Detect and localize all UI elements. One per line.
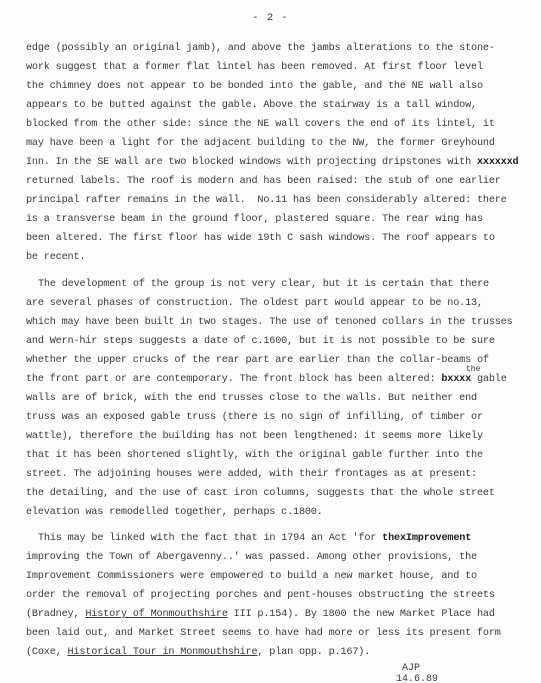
text-line: walls are of brick, with the end trusses… [26, 393, 477, 404]
signature-date: 14.6.89 [396, 674, 438, 683]
text-line: returned labels. The roof is modern and … [26, 176, 501, 187]
text-line: This may be linked with the fact that in… [38, 533, 471, 544]
text-line: appears to be butted against the gable. … [26, 100, 477, 111]
text-line: be recent. [26, 252, 85, 263]
text-line: are several phases of construction. The … [26, 298, 483, 309]
text-line: work suggest that a former flat lintel h… [26, 62, 483, 73]
text-line: been altered. The first floor has wide 1… [26, 233, 495, 244]
text-line: the detailing, and the use of cast iron … [26, 488, 495, 499]
struck-text: xxxxxxd [477, 157, 519, 168]
text-line: wattle), therefore the building has not … [26, 431, 483, 442]
text-line: is a transverse beam in the ground floor… [26, 214, 483, 225]
document-page: - 2 - edge (possibly an original jamb), … [0, 0, 541, 683]
text-line: the front part or are contemporary. The … [26, 374, 507, 385]
text-line: which may have been built in two stages.… [26, 317, 513, 328]
struck-text: bxxxx [441, 374, 471, 385]
text-line: truss was an exposed gable truss (there … [26, 412, 483, 423]
text-line: elevation was remodelled together, perha… [26, 507, 323, 518]
text-line: improving the Town of Abergavenny..' was… [26, 552, 477, 563]
handwritten-insertion: the [466, 365, 480, 374]
struck-text: thexImprovement [382, 533, 471, 544]
text-line: principal rafter remains in the wall. No… [26, 195, 507, 206]
text-line: The development of the group is not very… [38, 279, 489, 290]
text-line: edge (possibly an original jamb), and ab… [26, 43, 495, 54]
citation-title: History of Monmouthshire [85, 609, 227, 620]
text-line: Inn. In the SE wall are two blocked wind… [26, 157, 519, 168]
text-line: the chimney does not appear to be bonded… [26, 81, 483, 92]
text-line: (Coxe, Historical Tour in Monmouthshire,… [26, 647, 370, 658]
text-line: order the removal of projecting porches … [26, 590, 495, 601]
text-line: been laid out, and Market Street seems t… [26, 628, 501, 639]
author-initials: AJP [402, 663, 420, 674]
text-span: the front part or are contemporary. The … [26, 374, 441, 385]
text-line: Improvement Commissioners were empowered… [26, 571, 477, 582]
citation-title: Historical Tour in Monmouthshire [68, 647, 258, 658]
text-line: (Bradney, History of Monmouthshire III p… [26, 609, 495, 620]
text-span: (Bradney, [26, 609, 85, 620]
text-span: gable [471, 374, 507, 385]
text-span: Inn. In the SE wall are two blocked wind… [26, 157, 477, 168]
text-span: (Coxe, [26, 647, 68, 658]
text-span: III p.154). By 1800 the new Market Place… [228, 609, 495, 620]
text-line: may have been a light for the adjacent b… [26, 138, 495, 149]
text-span: This may be linked with the fact that in… [38, 533, 382, 544]
text-line: blocked from the other side: since the N… [26, 119, 495, 130]
text-line: street. The adjoining houses were added,… [26, 469, 477, 480]
text-span: , plan opp. p.167). [257, 647, 370, 658]
page-number: - 2 - [0, 12, 541, 24]
text-line: whether the upper crucks of the rear par… [26, 355, 489, 366]
text-line: and Wern-hir steps suggests a date of c.… [26, 336, 495, 347]
text-line: that it has been shortened slightly, wit… [26, 450, 483, 461]
